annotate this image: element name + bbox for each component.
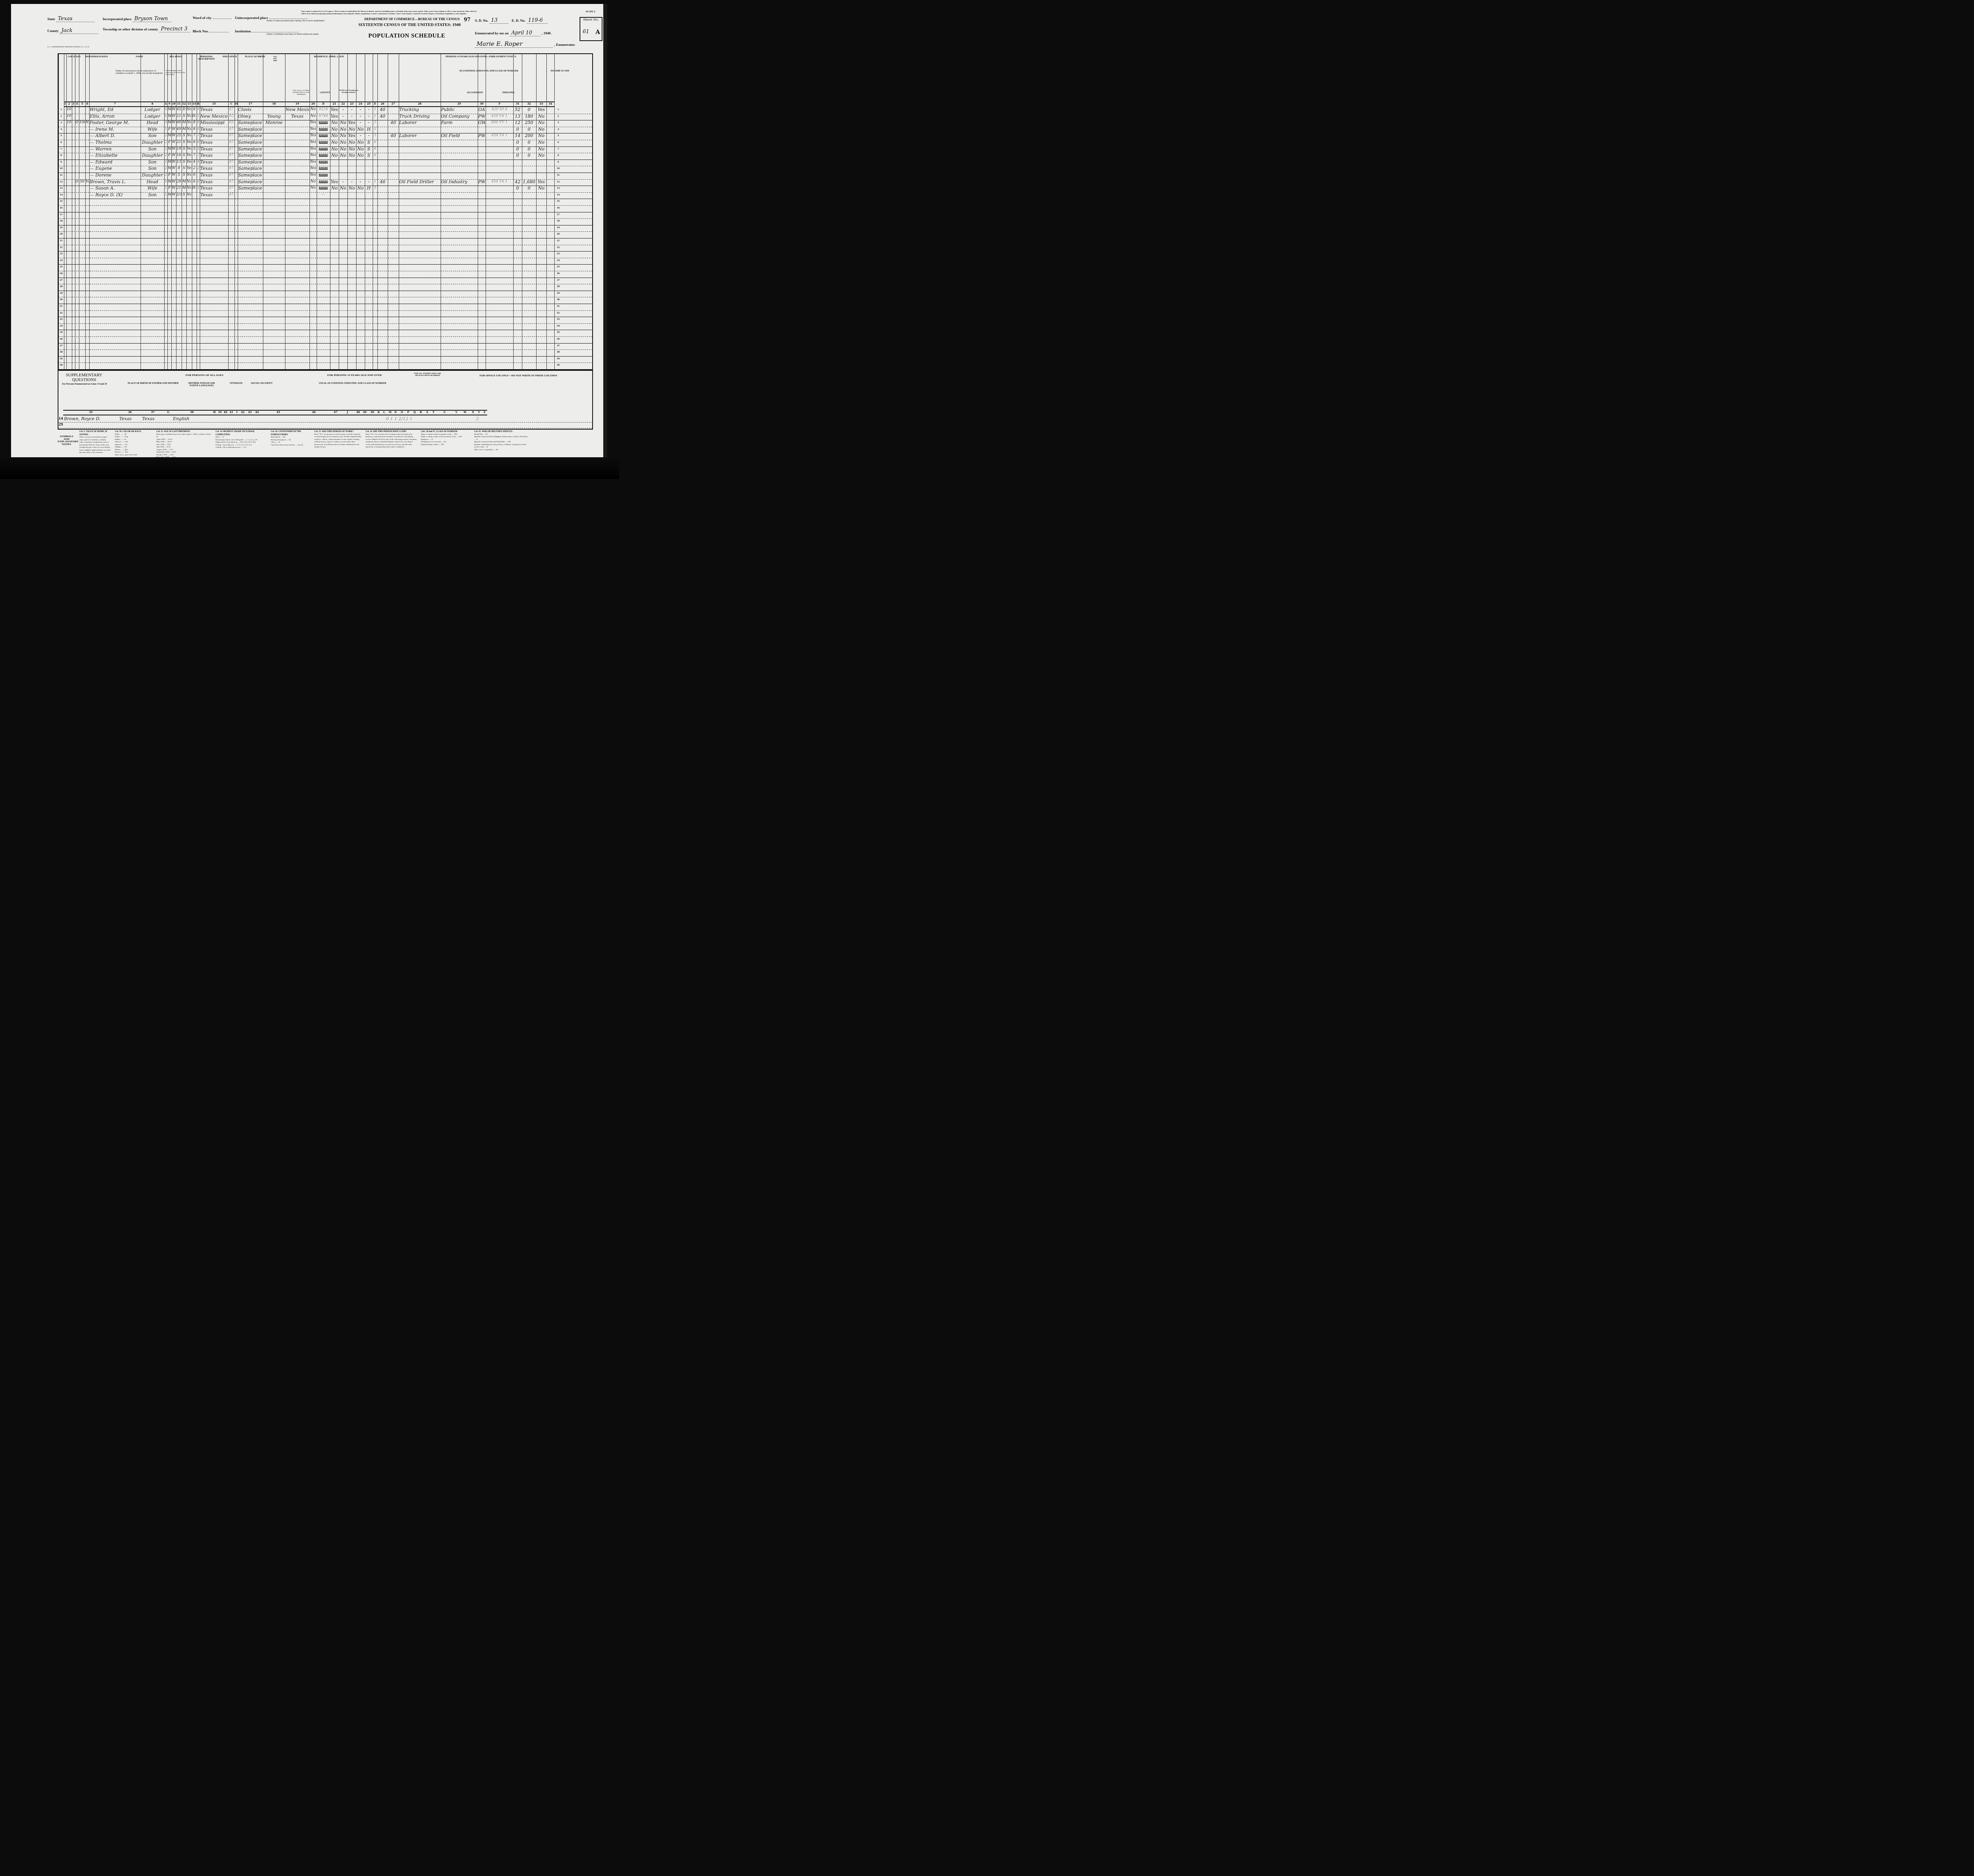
supp-column-number: L [381, 410, 387, 415]
cell-class: PW [478, 114, 485, 120]
cell-other-income: No [537, 146, 546, 153]
cell-name: — Susan A. [90, 186, 140, 192]
column-divider [317, 54, 317, 370]
cell-city: Sameplace [238, 153, 263, 160]
cell-code-e: 6 [373, 146, 377, 153]
cell-school: Yes [187, 166, 191, 173]
supp-column-number: Q [411, 410, 418, 415]
cell-wages: 1,680 [522, 179, 536, 186]
note-item: American citizen born abroad .... Am Cit [271, 444, 310, 447]
column-number: 4 [75, 101, 79, 107]
cell-sex: F [168, 153, 171, 160]
cell-birthplace: New Mexico [200, 114, 228, 120]
supp-married-women: FOR ALL WOMEN WHO ARE OR HAVE BEEN MARRI… [414, 373, 441, 377]
cell-hours: 40 [378, 107, 387, 114]
cell-code-e: 6 [373, 140, 377, 146]
table-row: 2020 [58, 231, 592, 238]
cell-birthplace: Texas [200, 133, 228, 140]
line-number: 4 [555, 127, 562, 133]
sheet-label: Sheet No. [580, 18, 602, 21]
cell-weeks: 0 [514, 140, 522, 146]
cell-industry: Oil Industry [441, 179, 477, 186]
column-divider [377, 54, 378, 370]
ward-label: Ward of city [193, 16, 212, 20]
note-col24-title: Col. 24. DID THIS PERSON HAVE A JOB? [366, 430, 407, 433]
line-number: 24 [555, 258, 562, 265]
cell-age: 5 [176, 173, 181, 179]
column-number: D [317, 101, 330, 107]
supp-column-number: 48 [355, 410, 361, 415]
note-item: Other races, spell out in full. [115, 454, 150, 457]
cell-birthplace: Texas [200, 146, 228, 153]
city-header: City, town, or village having 2,500 or m… [291, 90, 311, 96]
cell-code-e: 1 [373, 114, 377, 120]
line-number: 3 [59, 120, 64, 127]
line-number: 29 [59, 291, 64, 297]
table-row: 2929 [58, 291, 592, 297]
cell-birthplace: Texas [200, 173, 228, 179]
cell-c25: - [365, 133, 372, 140]
cell-sex: M [168, 192, 171, 199]
cell-owned: O [75, 179, 79, 186]
column-number: 12 [182, 101, 186, 107]
cell-farm35: Yes [310, 146, 316, 153]
cell-city: Sameplace [238, 179, 263, 186]
cell-c23: No [348, 140, 356, 146]
occupation-header: OCCUPATION [463, 92, 487, 94]
cell-grade: H-2 [192, 114, 196, 120]
cell-c23: No [348, 127, 356, 133]
line-number: 23 [555, 251, 562, 258]
note-col5: Col. 5. VALUE OF HOME, IF OWNED:Where ow… [79, 430, 111, 454]
cell-industry: Oil Field [441, 133, 477, 140]
cell-code-b: 7 [197, 133, 199, 140]
supp-cell-z: 2 [476, 416, 482, 422]
cell-industry: Oil Company [441, 114, 477, 120]
block-field: Block Nos. [193, 29, 229, 34]
cell-farm35: No [310, 186, 316, 192]
county-value: Jack [60, 28, 98, 34]
note-col21-title: Col. 21. WAS THIS PERSON AT WORK? [314, 430, 353, 433]
supp-cell-line: 14 [58, 416, 63, 422]
note-col30-title: Cols. 30 and 47. CLASS OF WORKER: [421, 430, 458, 433]
line-number: 6 [59, 140, 64, 146]
line-number: 20 [555, 231, 562, 238]
cell-code-a: 2 [165, 192, 167, 199]
cell-state: New Mexico [285, 107, 309, 114]
column-divider [399, 54, 399, 370]
line-number: 35 [59, 330, 64, 336]
explanatory-notes: SYMBOLS AND EXPLANATORY NOTES Col. 5. VA… [58, 430, 591, 458]
column-number: 16 [235, 101, 238, 107]
cell-c25: - [365, 114, 372, 120]
cell-code-c: 87 [229, 192, 234, 199]
sd-value: 13 [490, 17, 509, 24]
cell-school: Yes [187, 140, 191, 146]
cell-relation: Wife [141, 186, 164, 192]
cell-marital: S [182, 160, 186, 166]
line-number: 14 [555, 192, 562, 199]
note-col14: Col. 14. HIGHEST GRADE OF SCHOOL COMPLET… [216, 430, 267, 449]
cell-marital: S [182, 192, 186, 199]
cell-code-f: 866 VV 1 [486, 120, 513, 127]
cell-age: 8 [176, 166, 181, 173]
supp-mother-tongue: MOTHER TONGUE (OR NATIVE LANGUAGE) [187, 382, 216, 387]
cell-wages: 0 [522, 107, 536, 114]
cell-marital: M [182, 127, 186, 133]
column-number: 15 [200, 101, 228, 107]
column-number: 11 [176, 101, 182, 107]
column-number: 3 [72, 101, 75, 107]
section-employment: PERSONS 14 YEARS OLD AND OVER—EMPLOYMENT… [374, 56, 587, 58]
cell-class: PW [478, 133, 485, 140]
note-col30: Cols. 30 and 47. CLASS OF WORKER:Wage or… [421, 430, 468, 446]
cell-race: W [172, 186, 176, 192]
line-number: 36 [555, 336, 562, 343]
cell-code-c: 87 [229, 179, 234, 186]
supp-column-number: 38 [172, 410, 212, 415]
cell-c22: No [339, 146, 347, 153]
line-number: 40 [59, 362, 64, 369]
cell-race: W [172, 192, 176, 199]
cell-code-d: XOXO [317, 133, 330, 140]
line-number: 23 [59, 251, 64, 258]
cell-duration: 40 [388, 133, 398, 140]
cell-c24: - [357, 107, 364, 114]
printing-office: U. S. GOVERNMENT PRINTING OFFICE 16—1157… [47, 46, 89, 48]
line-number: 31 [59, 304, 64, 310]
cell-relation: Lodger [141, 107, 164, 114]
cell-wages: 0 [522, 127, 536, 133]
supp-column-number: H [212, 410, 217, 415]
line-number: 20 [59, 231, 64, 238]
cell-code-d: — [317, 192, 330, 199]
cell-code-e: 6 [373, 153, 377, 160]
supp-birth-parents: PLACE OF BIRTH OF FATHER AND MOTHER [122, 382, 185, 385]
sheet-suffix: A [595, 28, 600, 36]
table-row: 5— Albert D.Son2MW25SNo77Texas87Sameplac… [58, 133, 592, 140]
column-divider [141, 54, 141, 370]
cell-code-b: 2 [197, 166, 199, 173]
line-number: 3 [555, 120, 562, 127]
cell-age: 25 [176, 133, 181, 140]
column-divider [373, 54, 373, 370]
population-table: LOCATION HOUSEHOLD DATA NAME RELATION PE… [58, 53, 593, 371]
state-label: State [47, 17, 55, 21]
cell-c25: H [365, 186, 372, 192]
line-number: 34 [555, 323, 562, 330]
column-number: 32 [522, 101, 536, 107]
note-item: Wage or salary worker in Government work… [421, 436, 468, 439]
cell-marital: S [182, 146, 186, 153]
cell-c25: S [365, 140, 372, 146]
line-number: 11 [555, 173, 562, 179]
cell-school: Yes [187, 146, 191, 153]
cell-hours: 40 [378, 114, 387, 120]
table-row: 3535 [58, 330, 592, 336]
cell-c23: - [348, 107, 356, 114]
supp-column-number: I [235, 410, 239, 415]
cell-value: 1000 [79, 120, 85, 127]
cell-occupation: Laborer [399, 120, 440, 127]
column-number: 27 [388, 101, 399, 107]
cell-age: 45 [176, 107, 181, 114]
census-sheet: State Texas County Jack Incorporated pla… [11, 4, 607, 458]
column-divider [85, 54, 86, 370]
table-row: 2424 [58, 258, 592, 265]
cell-grade: 2 [192, 166, 196, 173]
unincorporated-value [269, 19, 308, 19]
cell-birthplace: Mississippi [200, 120, 228, 127]
line-number: 21 [555, 238, 562, 245]
institution-note: (Name of institution and lines on which … [266, 34, 319, 36]
supp-column-number: 47 [332, 410, 340, 415]
line-number: 17 [555, 212, 562, 219]
cell-other-income: No [537, 133, 546, 140]
line-number: 12 [59, 179, 64, 186]
cell-marital: S [182, 173, 186, 179]
ward-field: Ward of city [193, 16, 232, 20]
stamp-number: 97 [464, 17, 471, 23]
line-number: 4 [59, 127, 64, 133]
line-number: 1 [59, 107, 64, 114]
supp-column-number: T [430, 410, 437, 415]
unincorporated-field: Unincorporated place (Name of unincorpor… [235, 16, 325, 22]
cell-code-b: 10 [197, 114, 199, 120]
note-col41: Col. 41. WAR OR MILITARY SERVICE:World W… [474, 430, 529, 451]
supp-column-number: V [452, 410, 460, 415]
cell-marital: M [182, 186, 186, 192]
line-number: 36 [59, 336, 64, 343]
column-divider [285, 54, 285, 370]
cell-at-work: Yes [330, 179, 338, 186]
unincorporated-note: (Name of unincorporated place having 100… [266, 20, 325, 22]
department-title: DEPARTMENT OF COMMERCE—BUREAU OF THE CEN… [364, 17, 460, 21]
line-number: 14 [59, 192, 64, 199]
industry-header: INDUSTRY [497, 92, 520, 94]
cell-code-a: 2 [165, 153, 167, 160]
cell-sex: F [168, 140, 171, 146]
column-number: 22 [339, 101, 347, 107]
cell-code-f: 420 V4 1 [486, 114, 513, 120]
line-number: 11 [59, 173, 64, 179]
cell-school: No [187, 127, 191, 133]
cell-sex: F [168, 186, 171, 192]
supp-column-number: 39 [217, 410, 223, 415]
cell-name: — Dorene [90, 173, 140, 179]
line-number: 27 [555, 278, 562, 284]
cell-code-c: 87 [229, 140, 234, 146]
note-col16: Col. 16. CITIZENSHIP OF THE FOREIGN BORN… [271, 430, 310, 447]
table-row: 11— DoreneDaughter2FW5SNo0Texas87Samepla… [58, 173, 592, 179]
sheet-number-box: Sheet No. 61 A [580, 17, 602, 41]
cell-race: W [172, 114, 176, 120]
cell-school: No [187, 120, 191, 127]
cell-birthplace: Texas [200, 166, 228, 173]
line-number: 7 [59, 146, 64, 153]
cell-state: Texas [285, 114, 309, 120]
cell-c25: - [365, 107, 372, 114]
cell-c25: - [365, 120, 372, 127]
township-label: Township or other division of county [103, 27, 158, 31]
cell-weeks: 0 [514, 127, 522, 133]
cell-school: No [187, 107, 191, 114]
column-number: F [486, 101, 513, 107]
cell-age: 21 [176, 186, 181, 192]
line-number: 28 [59, 284, 64, 291]
line-number: 27 [59, 278, 64, 284]
cell-farm35: Yes [310, 153, 316, 160]
cell-occupation: Laborer [399, 133, 440, 140]
column-number: E [373, 101, 377, 107]
cell-farm35: No [310, 179, 316, 186]
cell-other-income: No [537, 153, 546, 160]
cell-weeks: 13 [514, 114, 522, 120]
cell-school: Yes [187, 153, 191, 160]
column-divider [339, 54, 339, 370]
column-number: 31 [513, 101, 522, 107]
note-col10: Col. 10. COLOR OR RACE:White ........ WN… [115, 430, 150, 456]
incorporated-field: Incorporated place Bryson Town [103, 16, 171, 22]
cell-school: No [187, 192, 191, 199]
note-col14-items: None .... 0Elementary school, 1st to 8th… [216, 436, 267, 449]
cell-code-c: 87 [229, 133, 234, 140]
column-divider [513, 54, 514, 370]
cell-code-a: 2 [165, 133, 167, 140]
cell-other-income: No [537, 186, 546, 192]
table-row: 3105O1000NoFoster, George M.Head0MW60MNo… [58, 120, 592, 127]
cell-name: Wright, Ed [90, 107, 140, 114]
cell-farm: No [86, 120, 89, 127]
county-label: County [47, 29, 59, 33]
section-household: HOUSEHOLD DATA [83, 56, 111, 58]
cell-farm35: Yes [310, 133, 316, 140]
supp-column-number: G [164, 410, 172, 415]
cell-farm35: Yes [310, 166, 316, 173]
column-divider [192, 54, 192, 370]
cell-name: — Irene M. [90, 127, 140, 133]
cell-c24: - [357, 120, 364, 127]
supp-column-number: 36 [118, 410, 141, 415]
cell-c23: No [348, 146, 356, 153]
supp-cell-name: Brown, Royce D. [64, 416, 118, 422]
enumerated-date: April 10 [510, 30, 540, 36]
column-divider [536, 54, 537, 370]
cell-other-income: Yes [537, 179, 546, 186]
line-number: 10 [555, 166, 562, 173]
institution-label: Institution [235, 29, 251, 33]
supp-column-number: N [392, 410, 399, 415]
cell-class: PW [478, 179, 485, 186]
cell-name: — Royce D. (X) [90, 192, 140, 199]
cell-name: — Thelma [90, 140, 140, 146]
cell-code-e: 5 [373, 186, 377, 192]
line-number: 16 [555, 205, 562, 212]
line-number: 38 [59, 349, 64, 356]
column-number: 8 [141, 101, 164, 107]
column-divider [75, 54, 75, 370]
cell-grade: 8 [192, 120, 196, 127]
cell-wages: 0 [522, 153, 536, 160]
cell-relation: Lodger [141, 114, 164, 120]
cell-c23: No [348, 186, 356, 192]
cell-birthplace: Texas [200, 153, 228, 160]
notes-title: SYMBOLS AND EXPLANATORY NOTES [58, 435, 75, 445]
cell-name: Brown, Travis L. [90, 179, 140, 186]
supp-column-number: 50 [369, 410, 376, 415]
cell-c22: No [339, 120, 347, 127]
cell-code-c: 87 [229, 107, 234, 114]
column-number: 2 [66, 101, 72, 107]
column-divider [200, 54, 200, 370]
cell-birthplace: Texas [200, 192, 228, 199]
column-number: 26 [377, 101, 388, 107]
enumerator-label: , Enumerator. [554, 43, 575, 47]
cell-grade: 6 [192, 140, 196, 146]
line-number: 22 [555, 245, 562, 252]
line-number: 1 [555, 107, 562, 114]
supp-column-number: 43 [246, 410, 253, 415]
column-divider [164, 54, 165, 370]
cell-marital: S [182, 153, 186, 160]
cell-age: 16 [176, 153, 181, 160]
cell-grade: 0 [192, 173, 196, 179]
line-number: 25 [59, 264, 64, 271]
cell-weeks: 12 [514, 120, 522, 127]
cell-race: W [172, 127, 176, 133]
column-number: 18 [263, 101, 285, 107]
confidentiality-notice: Your report is required by Act of Congre… [301, 10, 479, 15]
table-row: 2727 [58, 278, 592, 284]
table-row: 3737 [58, 343, 592, 350]
cell-other-income: No [537, 127, 546, 133]
cell-school: No [187, 114, 191, 120]
cell-code-a: 2 [165, 166, 167, 173]
cell-wages: 0 [522, 146, 536, 153]
table-row: 14— Royce D. (X)Son2MW2/12SNoTexas87—14 [58, 192, 592, 199]
enumerated-field: Enumerated by me on April 10 , 1940. [475, 30, 552, 36]
cell-code-d: XOXO [317, 173, 330, 179]
cell-city: Sameplace [238, 146, 263, 153]
note-col11-title: Col. 11. AGE AT LAST BIRTHDAY: [156, 430, 190, 433]
cell-age: 13 [176, 160, 181, 166]
note-col21-text: Enter "Yes" for persons at work for pay … [314, 434, 362, 449]
cell-relation: Son [141, 166, 164, 173]
cell-c23: Yes [348, 120, 356, 127]
cell-city: Sameplace [238, 173, 263, 179]
cell-code-b: 6 [197, 140, 199, 146]
cell-city: Sameplace [238, 186, 263, 192]
line-number: 15 [555, 199, 562, 205]
line-number: 32 [59, 310, 64, 317]
table-row: 2323 [58, 251, 592, 258]
cell-c22: - [339, 179, 347, 186]
line-number: 15 [59, 199, 64, 205]
cell-birthplace: Texas [200, 160, 228, 166]
cell-wages: 0 [522, 140, 536, 146]
cell-county: Young [263, 114, 285, 120]
line-number: 16 [59, 205, 64, 212]
supp-all-ages: FOR PERSONS OF ALL AGES [118, 374, 291, 377]
state-value: Texas [56, 16, 95, 22]
line-number: 22 [59, 245, 64, 252]
column-number: 9 [167, 101, 171, 107]
line-number: 10 [59, 166, 64, 173]
column-divider [238, 54, 238, 370]
cell-sex: M [168, 114, 171, 120]
cell-at-work: No [330, 127, 338, 133]
supp-row: 14Brown, Royce D.TexasTexasEnglish0 1 1 … [58, 416, 592, 422]
